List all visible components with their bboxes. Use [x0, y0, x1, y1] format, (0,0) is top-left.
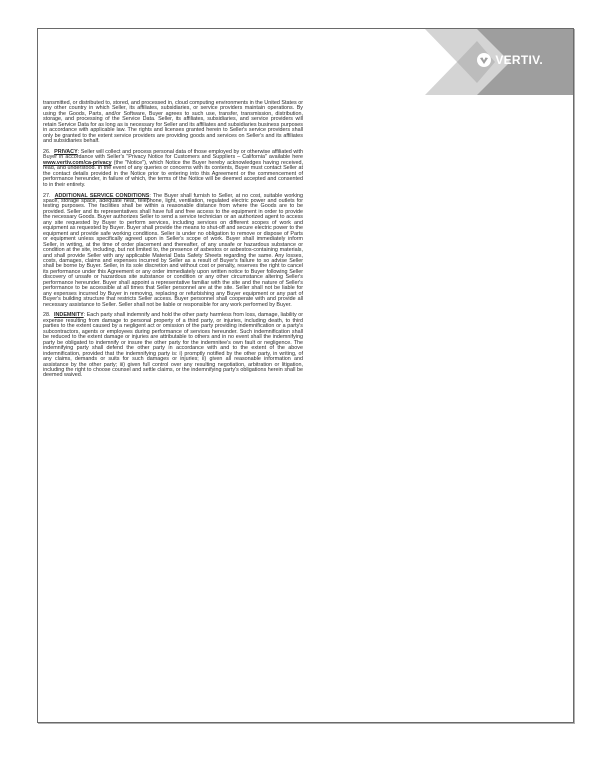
document-page: VERTIV. transmitted, or distributed to, … — [37, 28, 574, 723]
document-body: transmitted, or distributed to, stored, … — [43, 101, 303, 384]
paragraph-text: : Each party shall indemnify and hold th… — [43, 312, 303, 378]
paragraph-27-additional-service-conditions: 27. ADDITIONAL SERVICE CONDITIONS: The B… — [43, 194, 303, 309]
paragraph-text: : The Buyer shall furnish to Seller, at … — [43, 193, 303, 308]
vertiv-logo: VERTIV. — [477, 53, 543, 67]
paragraph-continuation: transmitted, or distributed to, stored, … — [43, 101, 303, 145]
brand-name: VERTIV. — [495, 53, 543, 67]
paragraph-28-indemnity: 28. INDEMNITY: Each party shall indemnif… — [43, 313, 303, 378]
vertiv-chevron-icon — [477, 53, 491, 67]
paragraph-text: : Seller will collect and process person… — [43, 149, 303, 160]
header-banner: VERTIV. — [405, 29, 573, 95]
paragraph-text: transmitted, or distributed to, stored, … — [43, 100, 303, 144]
paragraph-26-privacy: 26. PRIVACY: Seller will collect and pro… — [43, 150, 303, 188]
